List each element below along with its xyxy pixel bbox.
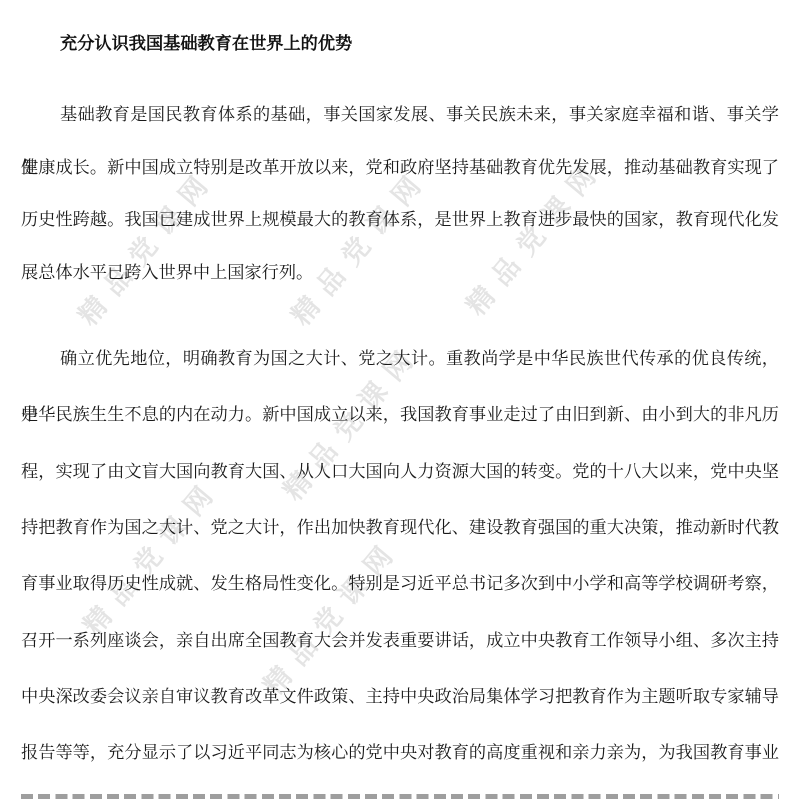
text-line: 基础教育是国民教育体系的基础，事关国家发展、事关民族未来，事关家庭幸福和谐、事关… (21, 88, 779, 141)
document-body: 基础教育是国民教育体系的基础，事关国家发展、事关民族未来，事关家庭幸福和谐、事关… (21, 88, 779, 781)
text-line: 育事业取得历史性成就、发生格局性变化。特别是习近平总书记多次到中小学和高等学校调… (21, 555, 779, 611)
text-line: 中华民族生生不息的内在动力。新中国成立以来，我国教育事业走过了由旧到新、由小到大… (21, 386, 779, 442)
text-line: 确立优先地位，明确教育为国之大计、党之大计。重教尚学是中华民族世代传承的优良传统… (21, 330, 779, 386)
text-line: 召开一系列座谈会，亲自出席全国教育大会并发表重要讲话，成立中央教育工作领导小组、… (21, 612, 779, 668)
paragraph: 基础教育是国民教育体系的基础，事关国家发展、事关民族未来，事关家庭幸福和谐、事关… (21, 88, 779, 299)
text-line: 持把教育作为国之大计、党之大计，作出加快教育现代化、建设教育强国的重大决策，推动… (21, 499, 779, 555)
text-line: 程，实现了由文盲大国向教育大国、从人口大国向人力资源大国的转变。党的十八大以来，… (21, 443, 779, 499)
text-line: 展总体水平已跨入世界中上国家行列。 (21, 246, 779, 299)
text-line: 健康成长。新中国成立特别是改革开放以来，党和政府坚持基础教育优先发展，推动基础教… (21, 141, 779, 194)
document-heading: 充分认识我国基础教育在世界上的优势 (21, 33, 779, 53)
text-line: 历史性跨越。我国已建成世界上规模最大的教育体系，是世界上教育进步最快的国家，教育… (21, 193, 779, 246)
document-content: 充分认识我国基础教育在世界上的优势 基础教育是国民教育体系的基础，事关国家发展、… (0, 33, 800, 799)
paragraph: 确立优先地位，明确教育为国之大计、党之大计。重教尚学是中华民族世代传承的优良传统… (21, 330, 779, 781)
text-line: 报告等等，充分显示了以习近平同志为核心的党中央对教育的高度重视和亲力亲为，为我国… (21, 724, 779, 780)
document-page: 精品党课网精品党课网精品党课网精品党课网精品党课网精品党课网 充分认识我国基础教… (0, 0, 800, 800)
cutoff-text-line (21, 794, 779, 799)
text-line: 中央深改委会议亲自审议教育改革文件政策、主持中央政治局集体学习把教育作为主题听取… (21, 668, 779, 724)
